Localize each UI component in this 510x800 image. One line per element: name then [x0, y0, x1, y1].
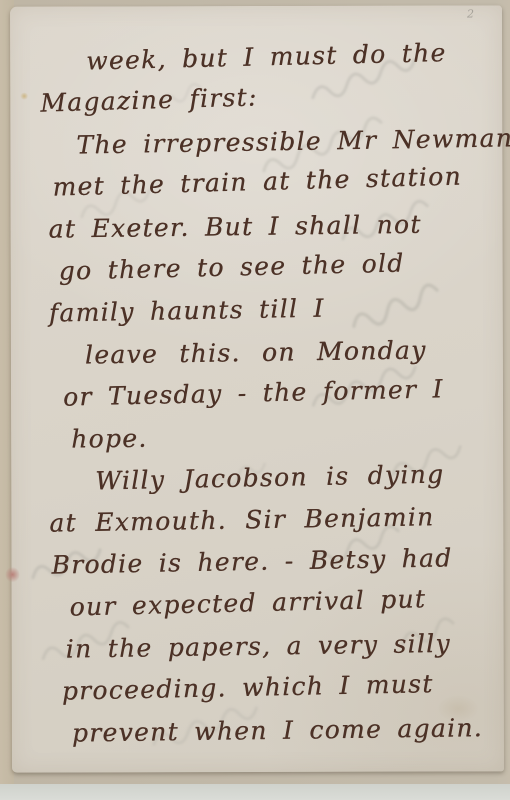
handwritten-line: prevent when I come again. [72, 707, 485, 754]
scan-background [0, 784, 510, 800]
letter-page: 2 week, but I must do the Magazine first… [10, 5, 504, 772]
handwritten-line: Willy Jacobson is dying [95, 453, 484, 503]
paper-stain [5, 567, 19, 583]
handwriting: week, but I must do the Magazine first: … [40, 39, 484, 754]
handwritten-line: family haunts till I [48, 285, 483, 335]
handwritten-line: proceeding. which I must [61, 662, 484, 712]
paper-stain [20, 93, 28, 100]
letter-photo: 2 week, but I must do the Magazine first… [0, 0, 510, 800]
handwritten-line: or Tuesday - the former I [63, 367, 484, 418]
corner-pencil-mark: 2 [467, 7, 474, 20]
handwritten-line: our expected arrival put [69, 577, 484, 629]
handwritten-line: go there to see the old [58, 241, 483, 293]
